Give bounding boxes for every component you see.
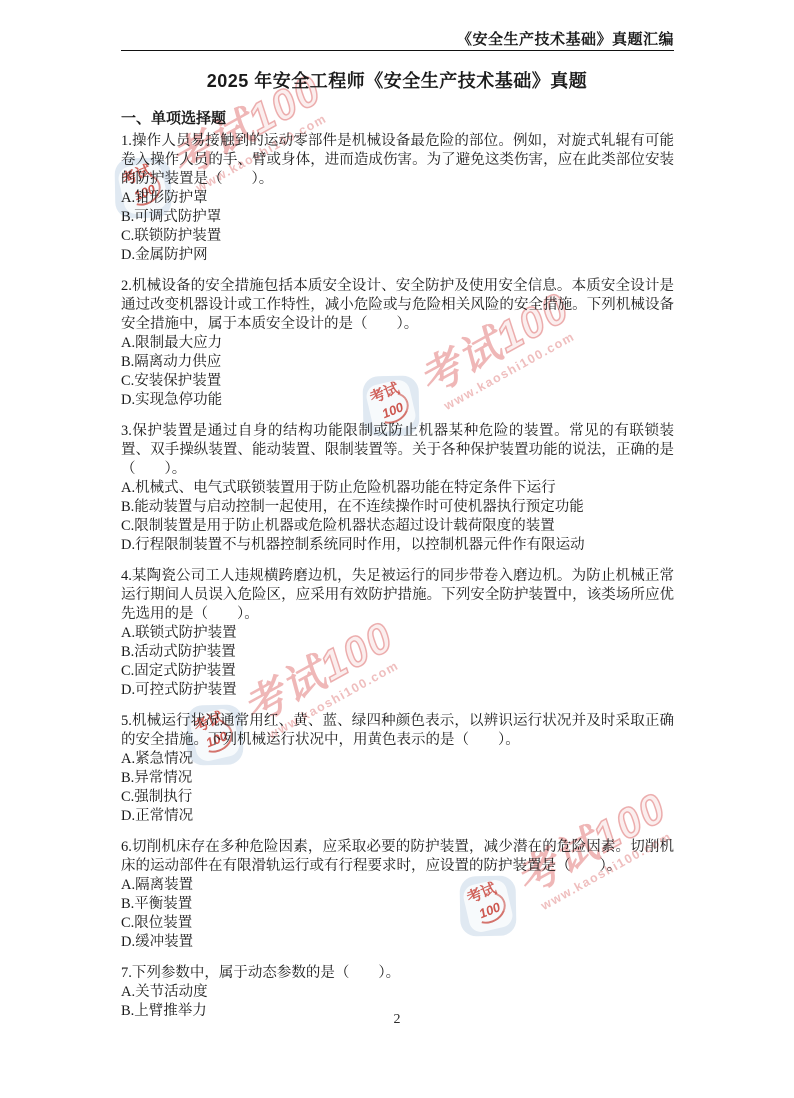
- answer-option: D.行程限制装置不与机器控制系统同时作用，以控制机器元件作有限运动: [121, 536, 674, 555]
- document-title: 2025 年安全工程师《安全生产技术基础》真题: [0, 67, 794, 93]
- answer-option: B.异常情况: [121, 769, 674, 788]
- answer-option: B.平衡装置: [121, 895, 674, 914]
- question-block: 6.切削机床存在多种危险因素，应采取必要的防护装置，减少潜在的危险因素。切削机床…: [121, 838, 674, 952]
- question-stem: 7.下列参数中，属于动态参数的是（ ）。: [121, 964, 674, 983]
- answer-option: C.安装保护装置: [121, 372, 674, 391]
- question-block: 4.某陶瓷公司工人违规横跨磨边机，失足被运行的同步带卷入磨边机。为防止机械正常运…: [121, 567, 674, 700]
- answer-option: A.钳形防护罩: [121, 189, 674, 208]
- answer-option: B.可调式防护罩: [121, 208, 674, 227]
- answer-option: D.实现急停功能: [121, 391, 674, 410]
- page-number: 2: [0, 1012, 794, 1028]
- answer-option: A.紧急情况: [121, 750, 674, 769]
- answer-option: D.缓冲装置: [121, 933, 674, 952]
- header-booklet-title: 《安全生产技术基础》真题汇编: [457, 31, 674, 48]
- question-block: 1.操作人员易接触到的运动零部件是机械设备最危险的部位。例如，对旋式轧辊有可能卷…: [121, 132, 674, 265]
- page-header: 《安全生产技术基础》真题汇编: [121, 28, 674, 49]
- question-stem: 2.机械设备的安全措施包括本质安全设计、安全防护及使用安全信息。本质安全设计是通…: [121, 277, 674, 334]
- answer-option: C.固定式防护装置: [121, 662, 674, 681]
- answer-option: C.强制执行: [121, 788, 674, 807]
- answer-option: B.活动式防护装置: [121, 643, 674, 662]
- option-list: A.钳形防护罩B.可调式防护罩C.联锁防护装置D.金属防护网: [121, 189, 674, 265]
- question-stem: 1.操作人员易接触到的运动零部件是机械设备最危险的部位。例如，对旋式轧辊有可能卷…: [121, 132, 674, 189]
- answer-option: C.限制装置是用于防止机器或危险机器状态超过设计载荷限度的装置: [121, 517, 674, 536]
- answer-option: B.隔离动力供应: [121, 353, 674, 372]
- option-list: A.隔离装置B.平衡装置C.限位装置D.缓冲装置: [121, 876, 674, 952]
- question-stem: 5.机械运行状况通常用红、黄、蓝、绿四种颜色表示，以辨识运行状况并及时采取正确的…: [121, 712, 674, 750]
- answer-option: C.限位装置: [121, 914, 674, 933]
- question-block: 2.机械设备的安全措施包括本质安全设计、安全防护及使用安全信息。本质安全设计是通…: [121, 277, 674, 410]
- answer-option: A.关节活动度: [121, 983, 674, 1002]
- question-stem: 3.保护装置是通过自身的结构功能限制或防止机器某种危险的装置。常见的有联锁装置、…: [121, 422, 674, 479]
- question-block: 3.保护装置是通过自身的结构功能限制或防止机器某种危险的装置。常见的有联锁装置、…: [121, 422, 674, 555]
- answer-option: A.机械式、电气式联锁装置用于防止危险机器功能在特定条件下运行: [121, 479, 674, 498]
- answer-option: D.金属防护网: [121, 246, 674, 265]
- content-area: 一、单项选择题 1.操作人员易接触到的运动零部件是机械设备最危险的部位。例如，对…: [121, 109, 674, 1033]
- header-divider: [121, 50, 674, 51]
- answer-option: D.可控式防护装置: [121, 681, 674, 700]
- question-stem: 4.某陶瓷公司工人违规横跨磨边机，失足被运行的同步带卷入磨边机。为防止机械正常运…: [121, 567, 674, 624]
- option-list: A.联锁式防护装置B.活动式防护装置C.固定式防护装置D.可控式防护装置: [121, 624, 674, 700]
- section-heading: 一、单项选择题: [121, 109, 674, 128]
- option-list: A.机械式、电气式联锁装置用于防止危险机器功能在特定条件下运行B.能动装置与启动…: [121, 479, 674, 555]
- question-list: 1.操作人员易接触到的运动零部件是机械设备最危险的部位。例如，对旋式轧辊有可能卷…: [121, 132, 674, 1021]
- option-list: A.限制最大应力B.隔离动力供应C.安装保护装置D.实现急停功能: [121, 334, 674, 410]
- question-stem: 6.切削机床存在多种危险因素，应采取必要的防护装置，减少潜在的危险因素。切削机床…: [121, 838, 674, 876]
- option-list: A.紧急情况B.异常情况C.强制执行D.正常情况: [121, 750, 674, 826]
- answer-option: D.正常情况: [121, 807, 674, 826]
- answer-option: A.限制最大应力: [121, 334, 674, 353]
- document-page: 考试 100 考试100 www.kaoshi100.com 考试 100 考试…: [0, 0, 794, 1098]
- answer-option: A.隔离装置: [121, 876, 674, 895]
- question-block: 5.机械运行状况通常用红、黄、蓝、绿四种颜色表示，以辨识运行状况并及时采取正确的…: [121, 712, 674, 826]
- answer-option: A.联锁式防护装置: [121, 624, 674, 643]
- answer-option: B.能动装置与启动控制一起使用，在不连续操作时可使机器执行预定功能: [121, 498, 674, 517]
- answer-option: C.联锁防护装置: [121, 227, 674, 246]
